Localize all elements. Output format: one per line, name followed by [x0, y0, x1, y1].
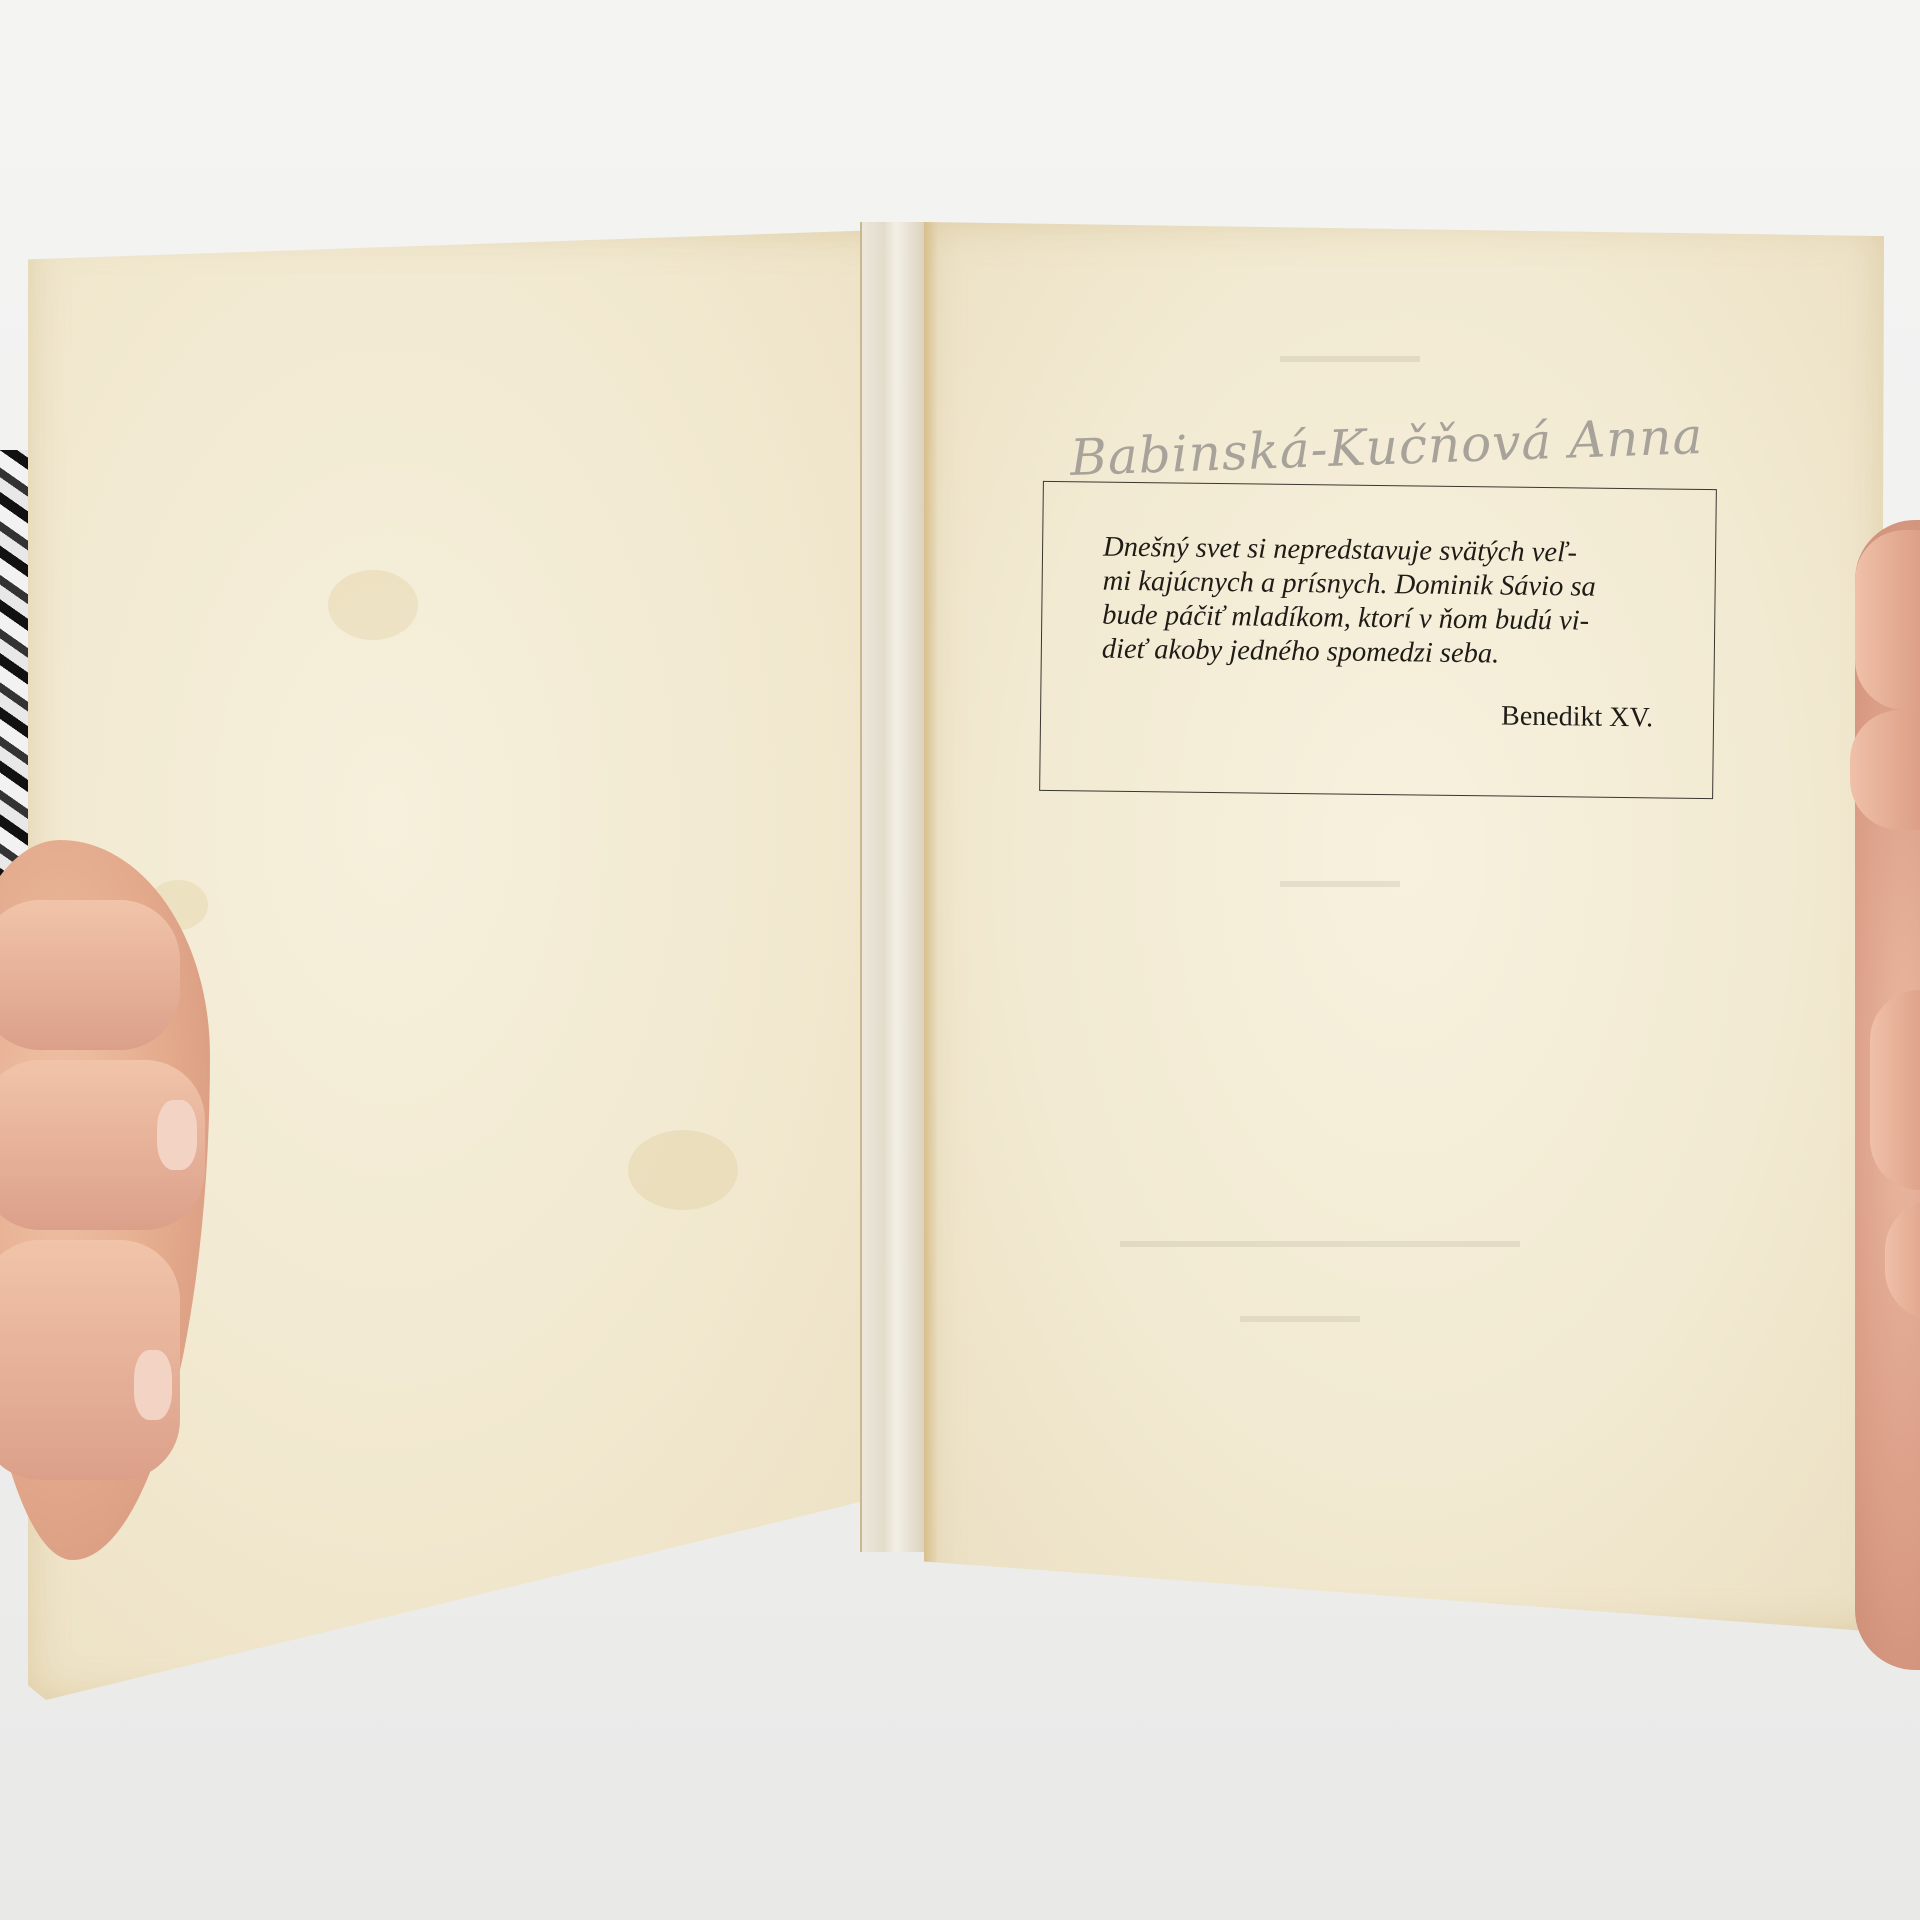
- paper-stain: [628, 1130, 738, 1210]
- show-through-text: ▬▬▬▬▬▬: [1240, 1305, 1360, 1328]
- fingernail: [157, 1100, 197, 1170]
- fingernail: [134, 1350, 172, 1420]
- right-finger: [1855, 530, 1920, 710]
- left-finger: [0, 1060, 205, 1230]
- photo-scene: ▬▬▬▬▬▬▬ ▬▬▬▬▬▬ ▬▬▬▬▬▬▬▬▬▬▬▬▬▬▬▬▬▬▬▬ ▬▬▬▬…: [0, 0, 1920, 1920]
- paper-stain: [328, 570, 418, 640]
- show-through-text: ▬▬▬▬▬▬▬: [1280, 345, 1420, 368]
- left-finger: [0, 1240, 180, 1480]
- quote-box: Dnešný svet si nepredstavuje svätých veľ…: [1039, 481, 1717, 799]
- book-spine: [860, 222, 926, 1552]
- show-through-text: ▬▬▬▬▬▬: [1280, 870, 1400, 893]
- left-finger: [0, 900, 180, 1050]
- quote-author: Benedikt XV.: [1501, 701, 1653, 735]
- quote-text: Dnešný svet si nepredstavuje svätých veľ…: [1102, 531, 1694, 674]
- right-finger: [1870, 990, 1920, 1190]
- quote-line: dieť akoby jedného spomedzi seba.: [1102, 633, 1692, 674]
- page-gutter-shadow: [924, 222, 938, 1632]
- show-through-text: ▬▬▬▬▬▬▬▬▬▬▬▬▬▬▬▬▬▬▬▬: [1120, 1230, 1520, 1253]
